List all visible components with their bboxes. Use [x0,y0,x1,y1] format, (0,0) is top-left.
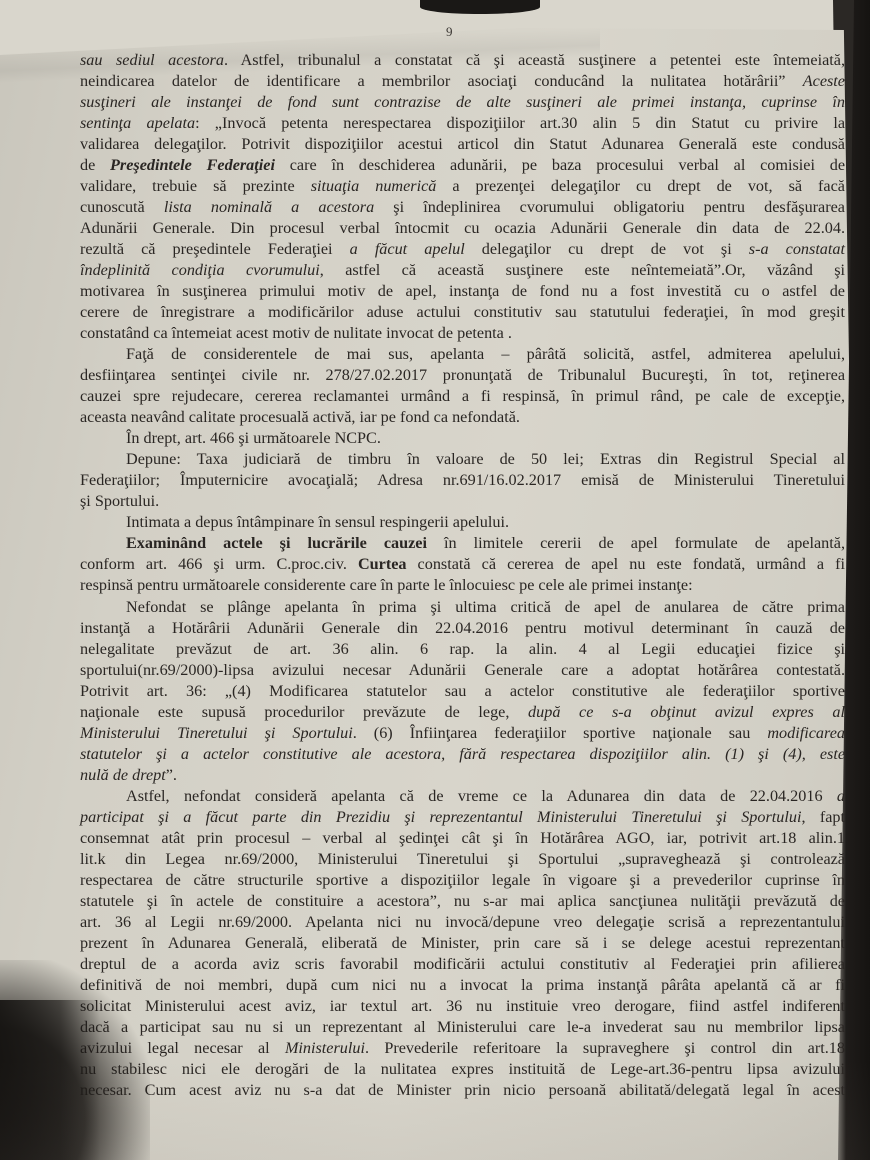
text-line: participat şi a făcut parte din Prezidiu… [80,807,845,827]
text-segment: Faţă de considerentele de mai sus, apela… [126,345,845,363]
text-line: lit.k din Legea nr.69/2000, Ministerului… [80,849,845,869]
text-line: desfiinţarea sentinţei civile nr. 278/27… [80,365,845,385]
text-line: respectarea de către structurile sportiv… [80,870,845,890]
text-line: sentinţa apelata: „Invocă petenta neresp… [80,113,845,133]
italic-text: modificarea [767,724,845,742]
italic-text: statutelor şi a actelor constitutive ale… [80,745,845,763]
text-segment: delegaţilor cu drept de vot şi [465,240,749,258]
text-line: În drept, art. 466 şi următoarele NCPC. [126,428,845,448]
text-segment: : „Invocă petenta nerespectarea dispoziţ… [195,114,845,132]
text-segment: nelegalitate prevăzut de art. 36 alin. 6… [80,640,845,658]
text-segment: şi îndeplinirea cvorumului obligatoriu p… [374,198,845,216]
text-line: Depune: Taxa judiciară de timbru în valo… [126,449,845,469]
italic-text: Ministerului Tineretului şi Sportului [80,724,353,742]
italic-text: Ministerului [285,1039,365,1057]
text-line: Examinând actele şi lucrările cauzei în … [126,533,845,553]
bold-text: Preşedintele Federaţiei [110,156,275,174]
text-segment: , fapt [801,808,845,826]
text-line: cunoscută lista nominală a acestora şi î… [80,197,845,217]
text-line: naţionale este supusă procedurilor prevă… [80,702,845,722]
text-segment: avizului legal necesar al [80,1039,285,1057]
italic-text: lista nominală a acestora [164,198,374,216]
text-segment: respectarea de către structurile sportiv… [80,871,845,889]
text-segment: validare, trebuie să prezinte [80,177,311,195]
text-segment: cerere de înregistrare a modificărilor a… [80,303,845,321]
text-segment: art. 36 al Legii nr.69/2000. Apelanta ni… [80,913,845,931]
text-line: art. 36 al Legii nr.69/2000. Apelanta ni… [80,912,845,932]
text-segment: prezent în Adunarea Generală, eliberată … [80,934,845,952]
italic-text: sentinţa apelata [80,114,195,132]
text-segment: respinsă pentru următoarele considerente… [80,576,693,594]
italic-text: Aceste [803,72,845,90]
text-segment: Astfel, nefondat consideră apelanta că d… [126,787,837,805]
italic-text: după ce s-a obţinut avizul expres al [528,703,845,721]
text-line: rezultă că preşedintele Federaţiei a făc… [80,239,845,259]
document-photo: 9 sau sediul acestora. Astfel, tribunalu… [0,0,870,1160]
text-line: aceasta neavând calitate procesuală acti… [80,407,845,427]
text-segment: instanţă a Hotărârii Adunării Generale d… [80,619,845,637]
text-segment: cunoscută [80,198,164,216]
text-line: statutele şi în actele de constituire a … [80,891,845,911]
text-segment: şi Sportului. [80,492,159,510]
text-line: cerere de înregistrare a modificărilor a… [80,302,845,322]
text-segment: Intimata a depus întâmpinare în sensul r… [126,513,509,531]
text-segment: naţionale este supusă procedurilor prevă… [80,703,528,721]
text-line: dacă a participat sau nu si un reprezent… [80,1017,845,1037]
text-segment: solicitat Ministerului acest aviz, iar t… [80,997,845,1015]
text-line: nelegalitate prevăzut de art. 36 alin. 6… [80,639,845,659]
text-line: necesar. Cum acest aviz nu s-a dat de Mi… [80,1080,845,1100]
text-segment: neindicarea datelor de identificare a me… [80,72,803,90]
text-line: validarea delegaţilor. Potrivit dispoziţ… [80,134,845,154]
text-segment: motivarea în susţinerea primului motiv d… [80,282,845,300]
text-line: conform art. 466 şi urm. C.proc.civ. Cur… [80,554,845,574]
text-segment: , astfel că această susţinere este neînt… [320,261,845,279]
text-line: statutelor şi a actelor constitutive ale… [80,744,845,764]
bold-text: Curtea [358,555,407,573]
text-line: Nefondat se plânge apelanta în prima şi … [126,597,845,617]
italic-text: susţineri ale instanţei de fond sunt con… [80,93,845,111]
text-segment: dacă a participat sau nu si un reprezent… [80,1018,845,1036]
text-segment: ”. [166,766,177,784]
text-segment: care în deschiderea adunării, pe baza pr… [275,156,845,174]
text-line: nulă de drept”. [80,765,845,785]
text-segment: Nefondat se plânge apelanta în prima şi … [126,598,845,616]
italic-text: a făcut apelul [350,240,465,258]
text-segment: necesar. Cum acest aviz nu s-a dat de Mi… [80,1081,845,1099]
text-line: consemnat atât prin procesul – verbal al… [80,828,845,848]
text-line: definitivă de noi membri, după cum nici … [80,975,845,995]
text-line: Federaţiilor; Împuternicire avocaţială; … [80,470,845,490]
italic-text: îndeplinită condiţia cvorumului [80,261,320,279]
text-line: de Preşedintele Federaţiei care în desch… [80,155,845,175]
text-segment: Adunării Generale. Din procesul verbal î… [80,219,845,237]
text-line: dreptul de a acorda aviz scris favorabil… [80,954,845,974]
italic-text: sau sediul acestora [80,51,224,69]
text-segment: constată că cererea de apel nu este fond… [407,555,846,573]
text-segment: statutele şi în actele de constituire a … [80,892,845,910]
text-segment: consemnat atât prin procesul – verbal al… [80,829,845,847]
text-segment: . Prevederile referitoare la supravegher… [365,1039,845,1057]
text-line: îndeplinită condiţia cvorumului, astfel … [80,260,845,280]
text-segment: aceasta neavând calitate procesuală acti… [80,408,520,426]
text-segment: Potrivit art. 36: „(4) Modificarea statu… [80,682,845,700]
text-line: constatând ca întemeiat acest motiv de n… [80,323,845,343]
text-line: sau sediul acestora. Astfel, tribunalul … [80,50,845,70]
document-body: sau sediul acestora. Astfel, tribunalul … [0,0,870,1160]
text-line: motivarea în susţinerea primului motiv d… [80,281,845,301]
text-line: solicitat Ministerului acest aviz, iar t… [80,996,845,1016]
text-line: Faţă de considerentele de mai sus, apela… [126,344,845,364]
text-line: Ministerului Tineretului şi Sportului. (… [80,723,845,743]
text-segment: în limitele cererii de apel formulate de… [427,534,845,552]
text-segment: sportului(nr.69/2000)-lipsa avizului nec… [80,661,845,679]
text-segment: a prezenţei delegaţilor cu drept de vot,… [436,177,845,195]
text-line: avizului legal necesar al Ministerului. … [80,1038,845,1058]
italic-text: a [837,787,845,805]
text-segment: lit.k din Legea nr.69/2000, Ministerului… [80,850,845,868]
text-line: Potrivit art. 36: „(4) Modificarea statu… [80,681,845,701]
text-segment: Federaţiilor; Împuternicire avocaţială; … [80,471,845,489]
text-line: nu stabilesc nici ele derogări de la nul… [80,1059,845,1079]
text-segment: conform art. 466 şi urm. C.proc.civ. [80,555,358,573]
text-line: şi Sportului. [80,491,845,511]
text-line: respinsă pentru următoarele considerente… [80,575,845,595]
text-segment: . Astfel, tribunalul a constatat că şi a… [224,51,845,69]
text-segment: În drept, art. 466 şi următoarele NCPC. [126,429,381,447]
text-segment: dreptul de a acorda aviz scris favorabil… [80,955,845,973]
text-line: instanţă a Hotărârii Adunării Generale d… [80,618,845,638]
text-line: Astfel, nefondat consideră apelanta că d… [126,786,845,806]
text-line: prezent în Adunarea Generală, eliberată … [80,933,845,953]
italic-text: nulă de drept [80,766,166,784]
text-segment: definitivă de noi membri, după cum nici … [80,976,845,994]
text-line: susţineri ale instanţei de fond sunt con… [80,92,845,112]
text-segment: constatând ca întemeiat acest motiv de n… [80,324,512,342]
text-segment: desfiinţarea sentinţei civile nr. 278/27… [80,366,845,384]
italic-text: s-a constatat [749,240,845,258]
text-segment: . (6) Înfiinţarea federaţiilor sportive … [353,724,768,742]
text-segment: Depune: Taxa judiciară de timbru în valo… [126,450,845,468]
text-line: neindicarea datelor de identificare a me… [80,71,845,91]
text-line: Intimata a depus întâmpinare în sensul r… [126,512,845,532]
italic-text: participat şi a făcut parte din Prezidiu… [80,808,801,826]
text-line: cauzei spre rejudecare, cererea reclaman… [80,386,845,406]
text-segment: de [80,156,110,174]
text-line: Adunării Generale. Din procesul verbal î… [80,218,845,238]
text-segment: rezultă că preşedintele Federaţiei [80,240,350,258]
text-segment: validarea delegaţilor. Potrivit dispoziţ… [80,135,845,153]
text-segment: nu stabilesc nici ele derogări de la nul… [80,1060,845,1078]
italic-text: situaţia numerică [311,177,437,195]
text-segment: cauzei spre rejudecare, cererea reclaman… [80,387,845,405]
bold-text: Examinând actele şi lucrările cauzei [126,534,427,552]
text-line: sportului(nr.69/2000)-lipsa avizului nec… [80,660,845,680]
text-line: validare, trebuie să prezinte situaţia n… [80,176,845,196]
